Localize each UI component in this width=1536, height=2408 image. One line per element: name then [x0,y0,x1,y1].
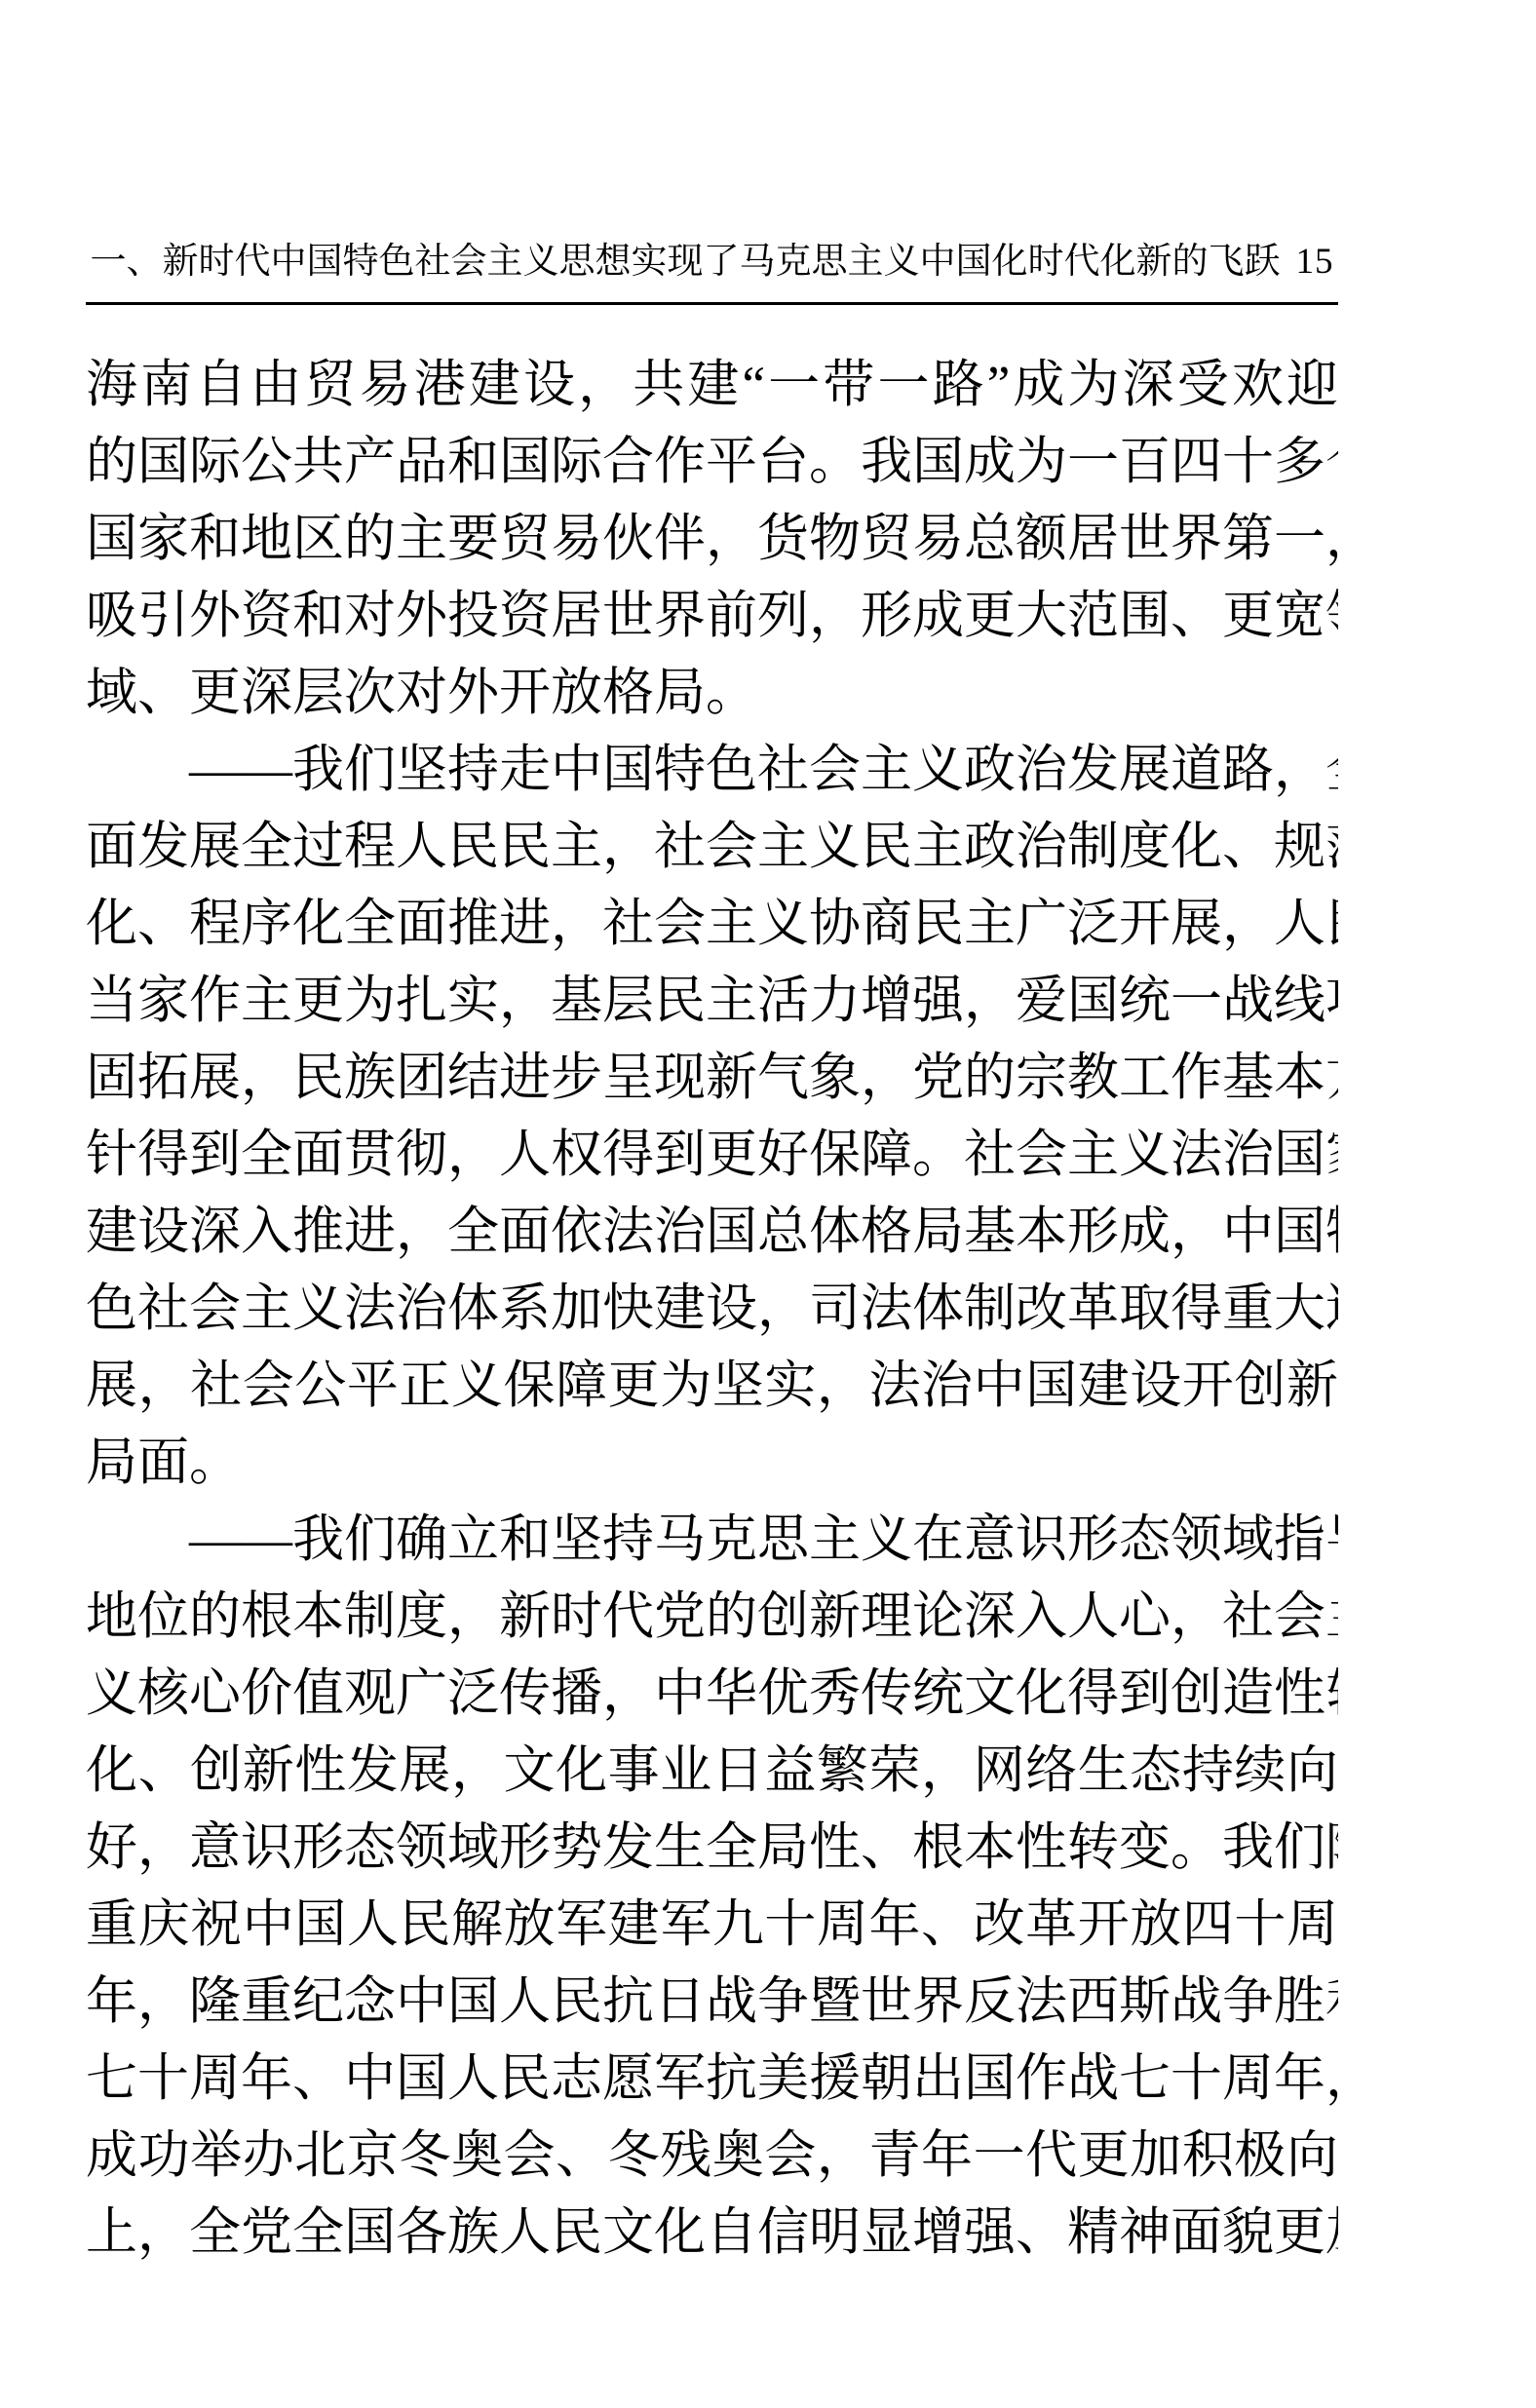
text-line: 海南自由贸易港建设，共建“一带一路”成为深受欢迎 [86,347,1338,424]
text-line: 国家和地区的主要贸易伙伴，货物贸易总额居世界第一， [86,501,1338,578]
text-line: 域、更深层次对外开放格局。 [86,655,1338,732]
body-text: 海南自由贸易港建设，共建“一带一路”成为深受欢迎 的国际公共产品和国际合作平台。… [86,347,1338,2272]
text-line: ——我们确立和坚持马克思主义在意识形态领域指导 [86,1502,1338,1579]
text-line: 上，全党全国各族人民文化自信明显增强、精神面貌更加 [86,2195,1338,2272]
text-line: 色社会主义法治体系加快建设，司法体制改革取得重大进 [86,1271,1338,1348]
text-line: 重庆祝中国人民解放军建军九十周年、改革开放四十周 [86,1887,1338,1964]
text-line: ——我们坚持走中国特色社会主义政治发展道路，全 [86,732,1338,809]
text-line: 针得到全面贯彻，人权得到更好保障。社会主义法治国家 [86,1117,1338,1194]
text-line: 义核心价值观广泛传播，中华优秀传统文化得到创造性转 [86,1656,1338,1733]
text-line: 局面。 [86,1425,1338,1502]
header-rule-divider [86,302,1338,305]
book-page: 一、新时代中国特色社会主义思想实现了马克思主义中国化时代化新的飞跃15 海南自由… [0,0,1536,2408]
text-line: 年，隆重纪念中国人民抗日战争暨世界反法西斯战争胜利 [86,1964,1338,2041]
text-line: 七十周年、中国人民志愿军抗美援朝出国作战七十周年， [86,2041,1338,2118]
text-line: 好，意识形态领域形势发生全局性、根本性转变。我们隆 [86,1810,1338,1887]
text-line: 固拓展，民族团结进步呈现新气象，党的宗教工作基本方 [86,1040,1338,1117]
text-line: 展，社会公平正义保障更为坚实，法治中国建设开创新 [86,1348,1338,1425]
running-head: 一、新时代中国特色社会主义思想实现了马克思主义中国化时代化新的飞跃15 [86,240,1338,285]
text-line: 成功举办北京冬奥会、冬残奥会，青年一代更加积极向 [86,2118,1338,2195]
text-line: 地位的根本制度，新时代党的创新理论深入人心，社会主 [86,1579,1338,1656]
text-line: 面发展全过程人民民主，社会主义民主政治制度化、规范 [86,809,1338,886]
text-line: 的国际公共产品和国际合作平台。我国成为一百四十多个 [86,424,1338,501]
running-head-title: 一、新时代中国特色社会主义思想实现了马克思主义中国化时代化新的飞跃 [91,242,1281,282]
text-line: 吸引外资和对外投资居世界前列，形成更大范围、更宽领 [86,578,1338,655]
page-number: 15 [1296,242,1334,282]
text-line: 当家作主更为扎实，基层民主活力增强，爱国统一战线巩 [86,963,1338,1040]
text-line: 化、程序化全面推进，社会主义协商民主广泛开展，人民 [86,886,1338,963]
text-line: 建设深入推进，全面依法治国总体格局基本形成，中国特 [86,1194,1338,1271]
text-line: 化、创新性发展，文化事业日益繁荣，网络生态持续向 [86,1733,1338,1810]
